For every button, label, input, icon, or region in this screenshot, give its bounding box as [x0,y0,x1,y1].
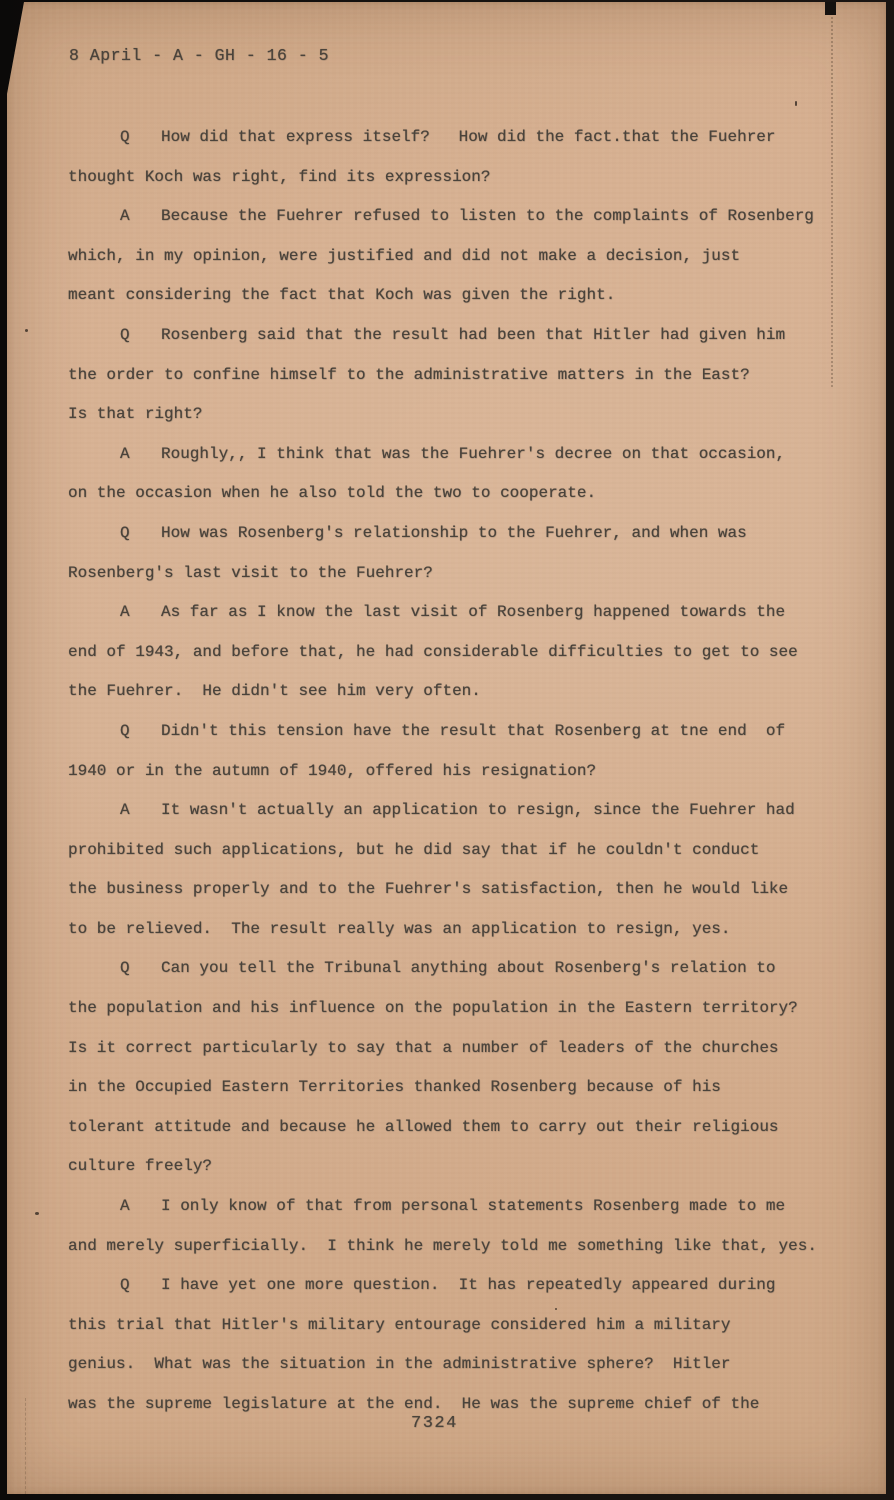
speaker-label: Q [120,949,161,989]
transcript-line: to be relieved. The result really was an… [68,910,843,950]
transcript-line: in the Occupied Eastern Territories than… [68,1068,843,1108]
speaker-label: A [120,1187,161,1227]
speaker-label: A [120,435,161,475]
transcript-line: this trial that Hitler's military entour… [68,1306,843,1346]
transcript-line: Is it correct particularly to say that a… [68,1029,843,1069]
transcript-line: thought Koch was right, find its express… [68,158,843,198]
transcript-line: end of 1943, and before that, he had con… [68,633,843,673]
paper-speck [35,1212,39,1215]
speaker-label: Q [120,514,161,554]
speaker-label: Q [120,712,161,752]
speaker-label: Q [120,1266,161,1306]
fold-mark [831,2,833,387]
speaker-label: Q [120,118,161,158]
paper-speck [795,101,797,106]
transcript-line: and merely superficially. I think he mer… [68,1227,843,1267]
transcript-body: QHow did that express itself? How did th… [68,118,843,1425]
transcript-line: QHow did that express itself? How did th… [68,118,843,158]
page-number: 7324 [411,1414,458,1433]
transcript-line: QDidn't this tension have the result tha… [68,712,843,752]
edge-notch [825,2,836,15]
speaker-label: A [120,197,161,237]
transcript-line: genius. What was the situation in the ad… [68,1345,843,1385]
transcript-line: AAs far as I know the last visit of Rose… [68,593,843,633]
document-page: 8 April - A - GH - 16 - 5 QHow did that … [7,2,886,1494]
transcript-line: the Fuehrer. He didn't see him very ofte… [68,672,843,712]
paper-speck [25,329,28,332]
transcript-line: which, in my opinion, were justified and… [68,237,843,277]
transcript-line: the order to confine himself to the admi… [68,356,843,396]
transcript-line: Is that right? [68,395,843,435]
crease-mark [25,1398,26,1494]
page-header: 8 April - A - GH - 16 - 5 [69,46,329,65]
transcript-line: the population and his influence on the … [68,989,843,1029]
transcript-line: the business properly and to the Fuehrer… [68,870,843,910]
transcript-line: AIt wasn't actually an application to re… [68,791,843,831]
transcript-line: ARoughly,, I think that was the Fuehrer'… [68,435,843,475]
speaker-label: A [120,593,161,633]
speaker-label: A [120,791,161,831]
transcript-line: culture freely? [68,1147,843,1187]
transcript-line: tolerant attitude and because he allowed… [68,1108,843,1148]
transcript-line: QCan you tell the Tribunal anything abou… [68,949,843,989]
transcript-line: Rosenberg's last visit to the Fuehrer? [68,554,843,594]
transcript-line: QHow was Rosenberg's relationship to the… [68,514,843,554]
transcript-line: QI have yet one more question. It has re… [68,1266,843,1306]
speaker-label: Q [120,316,161,356]
transcript-line: meant considering the fact that Koch was… [68,276,843,316]
transcript-line: prohibited such applications, but he did… [68,831,843,871]
transcript-line: 1940 or in the autumn of 1940, offered h… [68,752,843,792]
transcript-line: on the occasion when he also told the tw… [68,474,843,514]
transcript-line: ABecause the Fuehrer refused to listen t… [68,197,843,237]
paper-speck [555,1308,557,1310]
transcript-line: AI only know of that from personal state… [68,1187,843,1227]
transcript-line: QRosenberg said that the result had been… [68,316,843,356]
